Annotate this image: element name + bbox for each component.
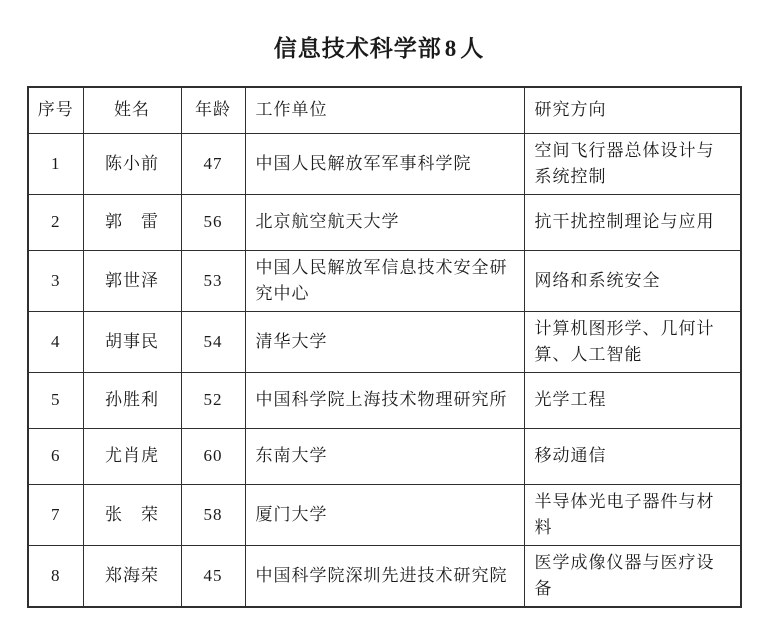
cell-name: 孙胜利 (83, 372, 181, 428)
cell-age: 56 (181, 194, 245, 250)
cell-no: 7 (28, 484, 83, 545)
header-age: 年龄 (181, 87, 245, 133)
cell-no: 1 (28, 133, 83, 194)
cell-field: 抗干扰控制理论与应用 (524, 194, 741, 250)
title-count: 8 (445, 36, 458, 61)
table-row: 3郭世泽53中国人民解放军信息技术安全研究中心网络和系统安全 (28, 250, 741, 311)
table-row: 6尤肖虎60东南大学移动通信 (28, 428, 741, 484)
cell-field: 空间飞行器总体设计与系统控制 (524, 133, 741, 194)
cell-org: 北京航空航天大学 (245, 194, 524, 250)
cell-age: 54 (181, 311, 245, 372)
cell-no: 2 (28, 194, 83, 250)
cell-name: 张 荣 (83, 484, 181, 545)
cell-org: 中国人民解放军信息技术安全研究中心 (245, 250, 524, 311)
table-body: 1陈小前47中国人民解放军军事科学院空间飞行器总体设计与系统控制2郭 雷56北京… (28, 133, 741, 607)
document-page: 信息技术科学部8人 序号 姓名 年龄 工作单位 研究方向 1陈小前47中国人民解… (0, 0, 758, 636)
cell-field: 光学工程 (524, 372, 741, 428)
cell-org: 东南大学 (245, 428, 524, 484)
cell-age: 52 (181, 372, 245, 428)
cell-field: 计算机图形学、几何计算、人工智能 (524, 311, 741, 372)
cell-no: 3 (28, 250, 83, 311)
header-no: 序号 (28, 87, 83, 133)
cell-org: 厦门大学 (245, 484, 524, 545)
cell-no: 4 (28, 311, 83, 372)
title-suffix: 人 (460, 35, 484, 61)
title-prefix: 信息技术科学部 (274, 35, 442, 61)
cell-org: 中国科学院深圳先进技术研究院 (245, 545, 524, 607)
cell-name: 郭世泽 (83, 250, 181, 311)
header-field: 研究方向 (524, 87, 741, 133)
header-name: 姓名 (83, 87, 181, 133)
cell-name: 郑海荣 (83, 545, 181, 607)
cell-no: 5 (28, 372, 83, 428)
cell-name: 胡事民 (83, 311, 181, 372)
table-row: 7张 荣58厦门大学半导体光电子器件与材料 (28, 484, 741, 545)
cell-age: 53 (181, 250, 245, 311)
table-row: 1陈小前47中国人民解放军军事科学院空间飞行器总体设计与系统控制 (28, 133, 741, 194)
cell-field: 半导体光电子器件与材料 (524, 484, 741, 545)
cell-field: 医学成像仪器与医疗设备 (524, 545, 741, 607)
members-table: 序号 姓名 年龄 工作单位 研究方向 1陈小前47中国人民解放军军事科学院空间飞… (27, 86, 742, 608)
cell-org: 中国科学院上海技术物理研究所 (245, 372, 524, 428)
cell-name: 尤肖虎 (83, 428, 181, 484)
header-org: 工作单位 (245, 87, 524, 133)
cell-field: 网络和系统安全 (524, 250, 741, 311)
table-row: 4胡事民54清华大学计算机图形学、几何计算、人工智能 (28, 311, 741, 372)
cell-no: 6 (28, 428, 83, 484)
table-row: 2郭 雷56北京航空航天大学抗干扰控制理论与应用 (28, 194, 741, 250)
cell-age: 47 (181, 133, 245, 194)
cell-age: 60 (181, 428, 245, 484)
header-row: 序号 姓名 年龄 工作单位 研究方向 (28, 87, 741, 133)
table-row: 5孙胜利52中国科学院上海技术物理研究所光学工程 (28, 372, 741, 428)
cell-no: 8 (28, 545, 83, 607)
table-row: 8郑海荣45中国科学院深圳先进技术研究院医学成像仪器与医疗设备 (28, 545, 741, 607)
page-title: 信息技术科学部8人 (0, 0, 758, 64)
cell-name: 郭 雷 (83, 194, 181, 250)
cell-age: 58 (181, 484, 245, 545)
cell-name: 陈小前 (83, 133, 181, 194)
cell-org: 中国人民解放军军事科学院 (245, 133, 524, 194)
cell-age: 45 (181, 545, 245, 607)
cell-field: 移动通信 (524, 428, 741, 484)
cell-org: 清华大学 (245, 311, 524, 372)
